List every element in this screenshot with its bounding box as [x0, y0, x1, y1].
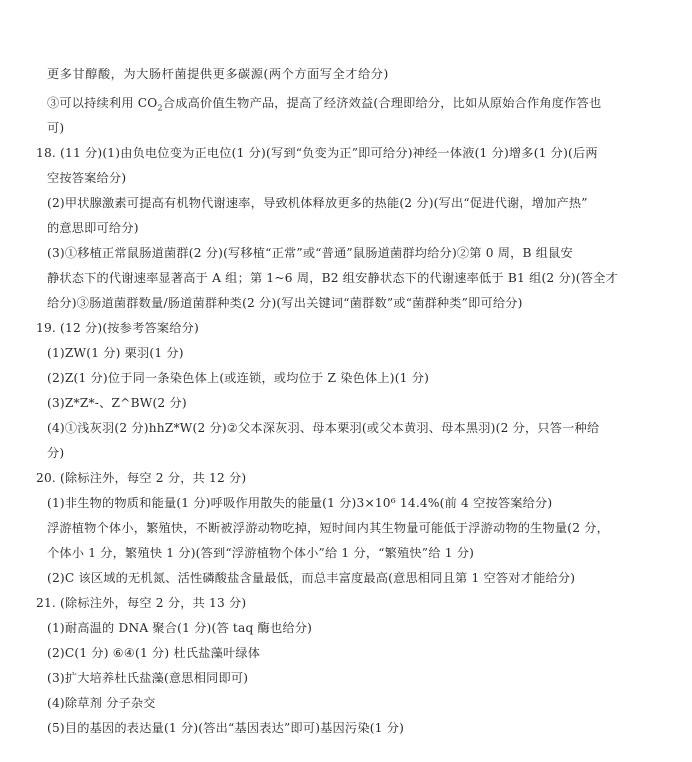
text-line: 更多甘醇酸，为大肠杆菌提供更多碳源(两个方面写全才给分)	[47, 66, 389, 82]
text-line: (2)甲状腺激素可提高有机物代谢速率，导致机体释放更多的热能(2 分)(写出“促…	[47, 195, 588, 211]
question-19-header: 19. (12 分)(按参考答案给分)	[36, 320, 199, 336]
text-line: (3)扩大培养杜氏盐藻(意思相同即可)	[47, 670, 248, 686]
text-line: 静状态下的代谢速率显著高于 A 组；第 1~6 周，B2 组安静状态下的代谢速率…	[47, 270, 618, 286]
text-line: 的意思即可给分)	[47, 220, 139, 236]
answer-key-page: 更多甘醇酸，为大肠杆菌提供更多碳源(两个方面写全才给分) ③可以持续利用 CO2…	[0, 0, 692, 762]
text-line: 可)	[47, 120, 64, 136]
text-line: (2)C(1 分) ⑥④(1 分) 杜氏盐藻叶绿体	[47, 645, 260, 661]
text-line: (5)目的基因的表达量(1 分)(答出“基因表达”即可)基因污染(1 分)	[47, 720, 404, 736]
text-line: 浮游植物个体小，繁殖快，不断被浮游动物吃掉，短时间内其生物量可能低于浮游动物的生…	[47, 520, 609, 536]
question-18-header: 18. (11 分)(1)由负电位变为正电位(1 分)(写到“负变为正”即可给分…	[36, 145, 598, 161]
text-line: 分)	[47, 445, 64, 461]
text-line: (4)除草剂 分子杂交	[47, 695, 156, 711]
text-line: (3)①移植正常鼠肠道菌群(2 分)(写移植“正常”或“普通”鼠肠道菌群均给分)…	[47, 245, 573, 261]
text-line: (1)耐高温的 DNA 聚合(1 分)(答 taq 酶也给分)	[47, 620, 312, 636]
question-20-header: 20. (除标注外，每空 2 分，共 12 分)	[36, 470, 246, 486]
text-line: (3)Z*Z*-、Z^BW(2 分)	[47, 395, 187, 411]
text-line: (2)Z(1 分)位于同一条染色体上(或连锁，或均位于 Z 染色体上)(1 分)	[47, 370, 429, 386]
text-line: (2)C 该区域的无机氮、活性磷酸盐含量最低，而总丰富度最高(意思相同且第 1 …	[47, 570, 575, 586]
text-line: ③可以持续利用 CO2合成高价值生物产品，提高了经济效益(合理即给分，比如从原始…	[47, 95, 601, 111]
text-span: ③可以持续利用 CO	[47, 96, 158, 110]
text-line: 空按答案给分)	[47, 170, 126, 186]
text-line: (4)①浅灰羽(2 分)hhZ*W(2 分)②父本深灰羽、母本栗羽(或父本黄羽、…	[47, 420, 599, 436]
text-line: (1)ZW(1 分) 栗羽(1 分)	[47, 345, 184, 361]
text-span: 合成高价值生物产品，提高了经济效益(合理即给分，比如从原始合作角度作答也	[163, 96, 602, 110]
text-line: (1)非生物的物质和能量(1 分)呼吸作用散失的能量(1 分)3×10⁶ 14.…	[47, 495, 552, 511]
question-21-header: 21. (除标注外，每空 2 分，共 13 分)	[36, 595, 246, 611]
text-line: 个体小 1 分，繁殖快 1 分)(答到“浮游植物个体小”给 1 分，“繁殖快”给…	[47, 545, 474, 561]
text-line: 给分)③肠道菌群数量/肠道菌群种类(2 分)(写出关键词“菌群数”或“菌群种类”…	[47, 295, 523, 311]
